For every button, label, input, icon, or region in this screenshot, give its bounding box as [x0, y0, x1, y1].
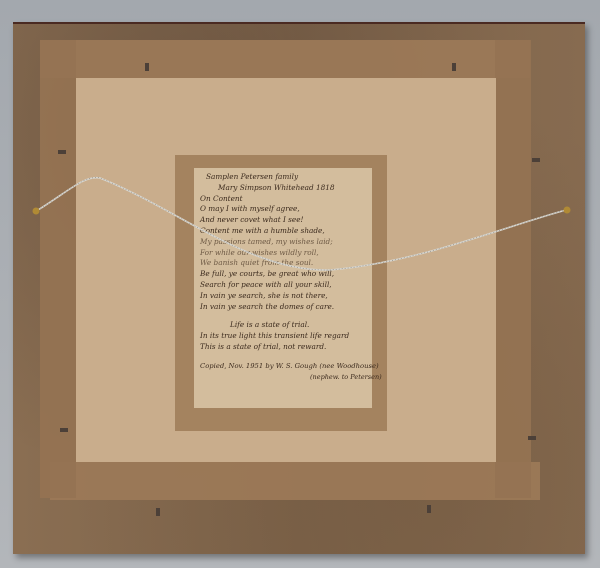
hanging-wire	[0, 0, 600, 568]
screw-eye-left-icon	[33, 208, 40, 215]
screw-eye-right-icon	[564, 207, 571, 214]
